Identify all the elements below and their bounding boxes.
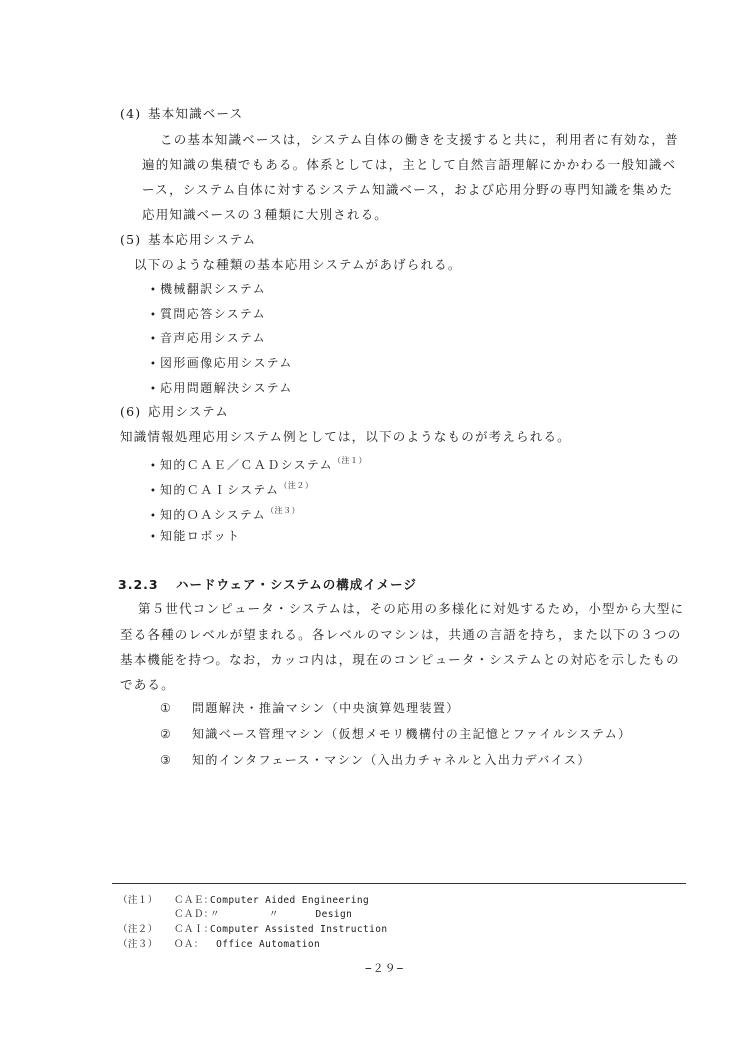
section-5-title: 基本応用システム	[148, 232, 256, 247]
bullet-icon: •	[150, 308, 160, 324]
footnote: （注１）ＣＡＥ：Computer Aided Engineering	[118, 895, 369, 907]
section-5-intro: 以下のような種類の基本応用システムがあげられる。	[134, 257, 462, 273]
section-title: ハードウェア・システムの構成イメージ	[176, 577, 417, 592]
bullet-icon: •	[150, 382, 160, 398]
footnote: ＣＡＤ：〃 〃 Design	[118, 909, 352, 921]
section-3-2-3-heading: 3.2.3ハードウェア・システムの構成イメージ	[118, 575, 417, 593]
list-item: •知的ＣＡＩシステム（注２）	[150, 478, 313, 500]
section-4-title: 基本知識ベース	[148, 106, 243, 121]
bullet-icon: •	[150, 332, 160, 348]
section-4-heading: (4)基本知識ベース	[120, 106, 243, 122]
bullet-icon: •	[150, 484, 160, 500]
bullet-icon: •	[150, 459, 160, 475]
list-item: •知的ＯＡシステム（注３）	[150, 503, 300, 525]
document-page: (4)基本知識ベース この基本知識ベースは，システム自体の働きを支援すると共に，…	[0, 0, 750, 1054]
enumerated-item: ③知的インタフェース・マシン（入出力チャネルと入出力デバイス）	[160, 752, 591, 768]
footnote-ref: （注３）	[266, 506, 300, 515]
footnote-ref: （注１）	[333, 456, 367, 465]
list-item: •図形画像応用システム	[150, 355, 293, 373]
paragraph-line: この基本知識ベースは，システム自体の働きを支援すると共に，利用者に有効な，普	[160, 132, 679, 148]
circled-number: ①	[160, 700, 192, 716]
list-item: •知能ロボット	[150, 528, 240, 546]
list-item: •音声応用システム	[150, 330, 266, 348]
section-6-heading: (6)応用システム	[120, 404, 229, 420]
paragraph-line: ース，システム自体に対するシステム知識ベース，および応用分野の専門知識を集めた	[142, 182, 673, 198]
paragraph-line: 応用知識ベースの３種類に大別される。	[142, 207, 388, 223]
list-item: •応用問題解決システム	[150, 380, 293, 398]
bullet-icon: •	[150, 283, 160, 299]
footnote: （注２）ＣＡＩ：Computer Assisted Instruction	[118, 924, 387, 936]
bullet-icon: •	[150, 509, 160, 525]
circled-number: ②	[160, 726, 192, 742]
section-5-heading: (5)基本応用システム	[120, 232, 256, 248]
paragraph-line: 基本機能を持つ。なお，カッコ内は，現在のコンピュータ・システムとの対応を示したも…	[120, 652, 680, 668]
section-6-intro: 知識情報処理応用システム例としては，以下のようなものが考えられる。	[120, 429, 571, 445]
page-number: −２９−	[365, 960, 404, 976]
section-6-number: (6)	[120, 404, 148, 420]
paragraph-line: である。	[120, 677, 175, 693]
paragraph-line: 第５世代コンピュータ・システムは，その応用の多様化に対処するため，小型から大型に	[138, 601, 684, 617]
bullet-icon: •	[150, 530, 160, 546]
footnote: （注３）ＯＡ： Office Automation	[118, 939, 320, 951]
section-number: 3.2.3	[118, 577, 176, 592]
footnote-ref: （注２）	[279, 481, 313, 490]
bullet-icon: •	[150, 357, 160, 373]
section-6-title: 応用システム	[148, 404, 229, 419]
list-item: •機械翻訳システム	[150, 281, 266, 299]
section-4-number: (4)	[120, 106, 148, 122]
circled-number: ③	[160, 752, 192, 768]
enumerated-item: ②知識ベース管理マシン（仮想メモリ機構付の主記憶とファイルシステム）	[160, 726, 632, 742]
list-item: •知的ＣＡＥ／ＣＡＤシステム（注１）	[150, 453, 367, 475]
enumerated-item: ①問題解決・推論マシン（中央演算処理装置）	[160, 700, 460, 716]
list-item: •質問応答システム	[150, 306, 266, 324]
paragraph-line: 遍的知識の集積でもある。体系としては，主として自然言語理解にかかわる一般知識ベ	[142, 157, 676, 173]
footnote-divider	[112, 883, 686, 884]
paragraph-line: 至る各種のレベルが望まれる。各レベルのマシンは，共通の言語を持ち，また以下の３つ…	[120, 627, 681, 643]
section-5-number: (5)	[120, 232, 148, 248]
